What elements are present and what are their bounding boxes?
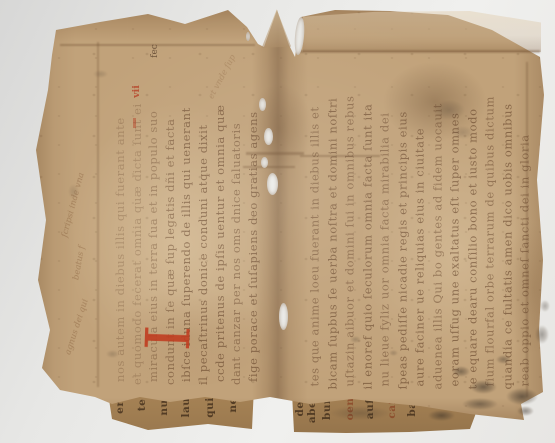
manuscript-text-line: ſpeas pediſſe nicadie regis et principis… [394, 35, 412, 390]
rubric-mark [133, 118, 136, 128]
manuscript-text-line: te equare dearu conſilio bono et iusto m… [464, 35, 482, 390]
mold-stain [517, 406, 534, 416]
manuscript-text-line: quandia ce fultatis amen dico uobis omni… [499, 35, 517, 390]
tear-hole [246, 32, 250, 41]
manuscript-text-line: dant canzar per nos oms dnice ſaluatoris [228, 45, 245, 385]
damp-stain [433, 100, 465, 120]
fold-crease [97, 42, 99, 387]
rubric-numeral: vii [131, 85, 142, 98]
manuscript-text-line: nos autem in diebus illis qui fuerant an… [112, 45, 129, 382]
tear-hole [279, 303, 288, 330]
tear-hole [261, 157, 268, 168]
manuscript-photo: eri te nuſ lauſ quiſ ne de aber bur oen … [0, 0, 555, 443]
damp-stain [106, 350, 119, 358]
manuscript-text-line: aduenea illis Qui bo gentes ad fidem uoc… [429, 35, 447, 390]
damp-stain [93, 70, 108, 78]
mold-stain [452, 366, 470, 377]
tear-hole [264, 128, 273, 145]
damp-stain [452, 126, 474, 139]
manuscript-text-line: nu lieue fyliz uor omnia facta mirabilia… [377, 35, 395, 387]
mold-stain [496, 355, 511, 364]
mold-stain [506, 388, 538, 405]
tear-hole [259, 98, 266, 111]
top-note: fec [150, 44, 160, 58]
manuscript-text-line: il enoref quio ſeculorum omnia facta ſun… [359, 35, 377, 390]
manuscript-text-line: tes que anime loeu fuerant in diebus ill… [307, 35, 325, 387]
parchment-flap [258, 8, 294, 50]
damp-stain [350, 336, 361, 343]
manuscript-text-line: eoram uſfug une exaltatus eſt ſuper omne… [447, 35, 465, 387]
damp-stain [68, 184, 79, 199]
mold-stain [428, 410, 455, 421]
manuscript-text-line: fige porace et ſuſapiens deo gratias age… [245, 45, 262, 382]
mold-stain [470, 380, 497, 394]
manuscript-text-line: reab oppio et omneſ ſancti dei in gloria [517, 35, 535, 387]
mold-stain [462, 398, 498, 410]
tear-hole [267, 173, 278, 195]
manuscript-text-line: aure faciner ue reliquias eius in ciuita… [412, 35, 430, 387]
damp-stain [389, 350, 398, 356]
mold-stain [540, 300, 550, 312]
manuscript-text-line: uſtazin aibuor et domini ſui in omnibus … [342, 35, 360, 387]
damp-stain [330, 406, 390, 420]
mold-stain [535, 325, 549, 344]
manuscript-text-line: fium flourfal orbe terrarum de quibus di… [482, 35, 500, 387]
manuscript-text-line: bicam ſupbus ſe uerba noſtra et domini n… [324, 35, 342, 390]
rubric-initial: I [138, 324, 200, 353]
right-page-text: tes que anime loeu fuerant in diebus ill… [307, 35, 535, 390]
